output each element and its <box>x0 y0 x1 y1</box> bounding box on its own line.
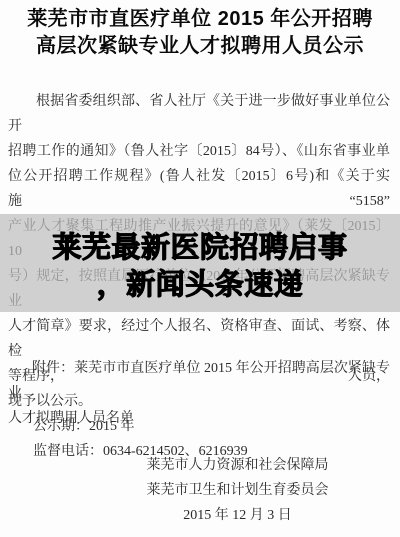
issue-date: 2015 年 12 月 3 日 <box>110 503 365 528</box>
scanned-announcement-page: 莱芜市市直医疗单位 2015 年公开招聘 高层次紧缺专业人才拟聘用人员公示 根据… <box>0 0 400 537</box>
signature-block: 莱芜市人力资源和社会保障局 莱芜市卫生和计划生育委员会 2015 年 12 月 … <box>110 453 365 528</box>
attachment-line-1: 附件：莱芜市市直医疗单位 2015 年公开招聘高层次紧缺专业 <box>8 356 390 406</box>
body-line: 招聘工作的通知》（鲁人社字〔2015〕84号）、《山东省事业单 <box>8 139 390 164</box>
document-title-line-2: 高层次紧缺专业人才拟聘用人员公示 <box>0 33 400 60</box>
body-line: 根据省委组织部、省人社厅《关于进一步做好事业单位公开 <box>8 89 390 139</box>
attachment-line-2: 人才拟聘用人员名单 <box>8 406 390 431</box>
body-line: 位公开招聘工作规程》(鲁人社发〔2015〕6号)和《关于实施“5158” <box>8 164 390 214</box>
attachment-note: 附件：莱芜市市直医疗单位 2015 年公开招聘高层次紧缺专业 人才拟聘用人员名单 <box>8 356 390 431</box>
headline-watermark-line-2: ，新闻头条速递 <box>0 267 400 304</box>
document-title: 莱芜市市直医疗单位 2015 年公开招聘 高层次紧缺专业人才拟聘用人员公示 <box>0 6 400 60</box>
issuing-org-2: 莱芜市卫生和计划生育委员会 <box>110 478 365 503</box>
document-title-line-1: 莱芜市市直医疗单位 2015 年公开招聘 <box>0 6 400 33</box>
headline-watermark: 莱芜最新医院招聘启事 ，新闻头条速递 <box>0 230 400 304</box>
issuing-org-1: 莱芜市人力资源和社会保障局 <box>110 453 365 478</box>
headline-watermark-line-1: 莱芜最新医院招聘启事 <box>0 230 400 267</box>
